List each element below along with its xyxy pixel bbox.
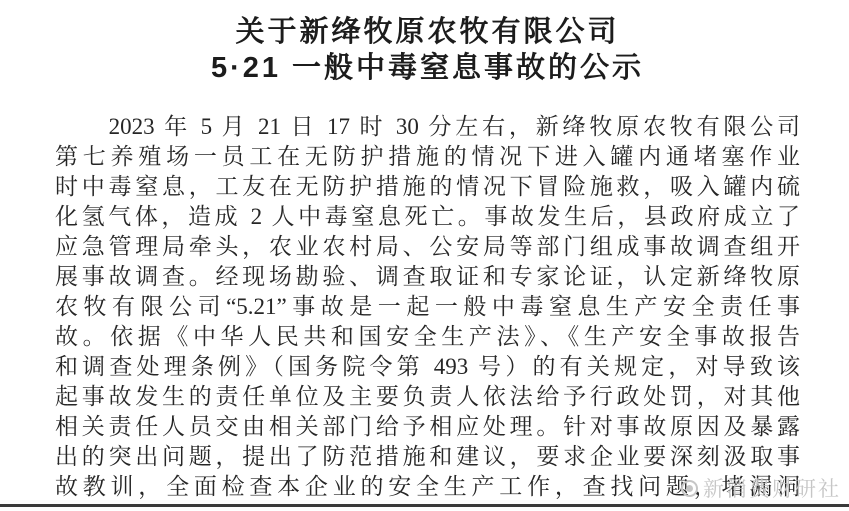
body-line: 出的突出问题，提出了防范措施和建议，要求企业要深刻汲取事 [55,442,800,472]
title-line-1: 关于新绛牧原农牧有限公司 [55,14,800,50]
body-line: 和调查处理条例》（国务院令第 493 号）的有关规定，对导致该 [55,352,800,382]
body-line: 第七养殖场一员工在无防护措施的情况下进入罐内通堵塞作业 [55,142,800,172]
weibo-eye-icon [681,480,698,497]
document-page: 关于新绛牧原农牧有限公司 5·21 一般中毒窒息事故的公示 2023 年 5 月… [0,0,849,511]
body-line: 农牧有限公司“5.21”事故是一起一般中毒窒息生产安全责任事 [55,292,800,322]
body-line: 展事故调查。经现场勘验、调查取证和专家论证，认定新绛牧原 [55,262,800,292]
body-line: 相关责任人员交由相关部门给予相应处理。针对事故原因及暴露 [55,412,800,442]
body-line: 化氢气体，造成 2 人中毒窒息死亡。事故发生后，县政府成立了 [55,202,800,232]
title-line-2: 5·21 一般中毒窒息事故的公示 [55,50,800,86]
body-line: 应急管理局牵头，农业农村局、公安局等部门组成事故调查组开 [55,232,800,262]
body-line: 故。依据《中华人民共和国安全生产法》、《生产安全事故报告 [55,322,800,352]
document-title: 关于新绛牧原农牧有限公司 5·21 一般中毒窒息事故的公示 [55,14,800,86]
bottom-border-line [0,504,849,507]
body-line: 起事故发生的责任单位及主要负责人依法给予行政处罚，对其他 [55,382,800,412]
body-line: 时中毒窒息，工友在无防护措施的情况下冒险施救，吸入罐内硫 [55,172,800,202]
document-body: 2023 年 5 月 21 日 17 时 30 分左右，新绛牧原农牧有限公司第七… [55,112,800,502]
watermark-text: 新消费财研社 [703,473,841,503]
watermark: 新消费财研社 [681,473,841,503]
body-line: 2023 年 5 月 21 日 17 时 30 分左右，新绛牧原农牧有限公司 [55,112,800,142]
